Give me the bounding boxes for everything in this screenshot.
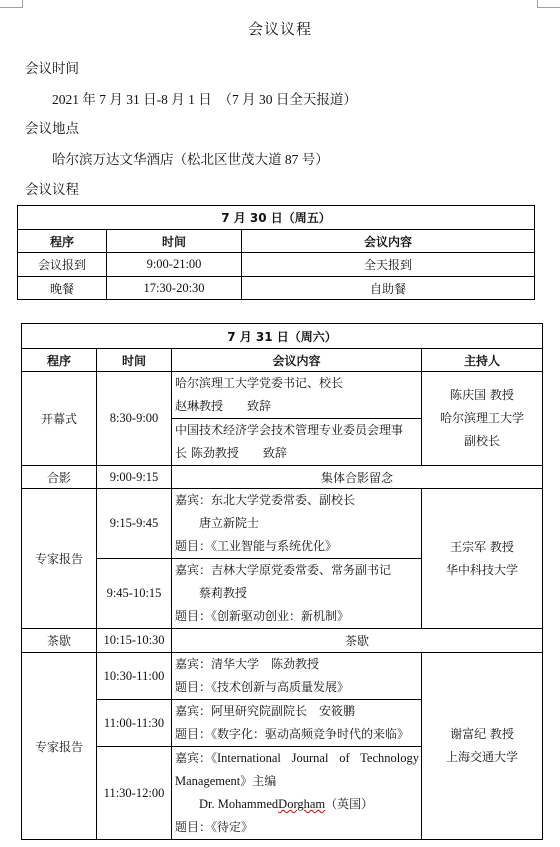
host-cell: 陈庆国 教授 哈尔滨理工大学 副校长: [422, 372, 543, 466]
column-header-content: 会议内容: [172, 349, 422, 372]
content-cell: 全天报到: [242, 253, 535, 277]
guest-name: 蔡莉教授: [175, 582, 421, 605]
table-row-tea-break: 茶歇 10:15-10:30 茶歇: [22, 629, 543, 653]
host-affiliation: 哈尔滨理工大学: [422, 407, 542, 430]
content-cell: 嘉宾：东北大学党委常委、副校长 唐立新院士 题目：《工业智能与系统优化》: [172, 489, 422, 559]
guest-name: Dr. MohammedDorgham（英国）: [175, 793, 419, 816]
journal-title-part1: International Journal of Technology: [217, 747, 419, 770]
host-position: 副校长: [422, 430, 542, 453]
program-cell: 专家报告: [22, 489, 97, 629]
speaker-name: 赵琳教授 致辞: [175, 395, 421, 418]
page-corner-mark-top-right: [537, 0, 560, 8]
table-row: 晚餐 17:30-20:30 自助餐: [18, 277, 535, 300]
page-corner-mark-top-left: [0, 0, 23, 8]
time-cell: 9:00-9:15: [97, 466, 172, 489]
day2-date-header: 7 月 31 日（周六）: [22, 324, 543, 349]
guest-line: 嘉宾：清华大学 陈劲教授: [175, 653, 421, 676]
program-cell: 会议报到: [18, 253, 107, 277]
topic-line: 题目：《工业智能与系统优化》: [175, 535, 421, 558]
host-name: 谢富纪 教授: [422, 723, 542, 746]
program-cell: 开幕式: [22, 372, 97, 466]
guest-line: 嘉宾：吉林大学原党委常委、常务副书记: [175, 559, 421, 582]
day2-column-headers: 程序 时间 会议内容 主持人: [22, 349, 543, 372]
host-cell: 谢富纪 教授 上海交通大学: [422, 653, 543, 840]
venue-heading: 会议地点: [25, 117, 79, 137]
guest-suffix: 》主编: [240, 774, 276, 788]
column-header-time: 时间: [97, 349, 172, 372]
column-header-time: 时间: [107, 230, 242, 253]
table-row-expert-talk: 专家报告 10:30-11:00 嘉宾：清华大学 陈劲教授 题目：《技术创新与高…: [22, 653, 543, 700]
time-cell: 8:30-9:00: [97, 372, 172, 466]
time-cell: 9:45-10:15: [97, 559, 172, 629]
speaker-name: 长 陈劲教授 致辞: [175, 442, 421, 465]
time-cell: 11:00-11:30: [97, 700, 172, 747]
host-cell: 王宗军 教授 华中科技大学: [422, 489, 543, 629]
content-cell: 集体合影留念: [172, 466, 543, 489]
guest-line: 嘉宾：东北大学党委常委、副校长: [175, 489, 421, 512]
program-cell: 合影: [22, 466, 97, 489]
topic-line: 题目：《数字化：驱动高频竞争时代的来临》: [175, 723, 421, 746]
guest-line: 嘉宾：阿里研究院副院长 安筱鹏: [175, 700, 421, 723]
topic-line: 题目：《技术创新与高质量发展》: [175, 676, 421, 699]
table-row-expert-talk: 专家报告 9:15-9:45 嘉宾：东北大学党委常委、副校长 唐立新院士 题目：…: [22, 489, 543, 559]
time-cell: 10:15-10:30: [97, 629, 172, 653]
content-cell: 自助餐: [242, 277, 535, 300]
column-header-program: 程序: [18, 230, 107, 253]
speaker-title: 哈尔滨理工大学党委书记、校长: [175, 372, 421, 395]
agenda-table-day2: 7 月 31 日（周六） 程序 时间 会议内容 主持人 开幕式 8:30-9:0…: [21, 323, 543, 840]
table-row-photo: 合影 9:00-9:15 集体合影留念: [22, 466, 543, 489]
content-cell: 中国技术经济学会技术管理专业委员会理事 长 陈劲教授 致辞: [172, 419, 422, 466]
content-cell: 嘉宾：《 International Journal of Technology…: [172, 747, 422, 840]
content-cell: 哈尔滨理工大学党委书记、校长 赵琳教授 致辞: [172, 372, 422, 419]
time-cell: 17:30-20:30: [107, 277, 242, 300]
program-cell: 茶歇: [22, 629, 97, 653]
column-header-content: 会议内容: [242, 230, 535, 253]
topic-line: 题目：《待定》: [175, 816, 419, 839]
agenda-table-day1: 7 月 30 日（周五） 程序 时间 会议内容 会议报到 9:00-21:00 …: [17, 205, 535, 300]
venue-value: 哈尔滨万达文华酒店（松北区世茂大道 87 号）: [52, 148, 329, 168]
spellcheck-underlined-word: Dorgham: [278, 797, 325, 811]
host-name: 陈庆国 教授: [422, 384, 542, 407]
host-affiliation: 华中科技大学: [422, 559, 542, 582]
column-header-host: 主持人: [422, 349, 543, 372]
day1-column-headers: 程序 时间 会议内容: [18, 230, 535, 253]
topic-line: 题目：《创新驱动创业：新机制》: [175, 605, 421, 628]
guest-line: 嘉宾：《 International Journal of Technology: [175, 747, 419, 770]
program-cell: 专家报告: [22, 653, 97, 840]
document-title: 会议议程: [0, 18, 560, 39]
content-cell: 嘉宾：清华大学 陈劲教授 题目：《技术创新与高质量发展》: [172, 653, 422, 700]
content-cell: 嘉宾：吉林大学原党委常委、常务副书记 蔡莉教授 题目：《创新驱动创业：新机制》: [172, 559, 422, 629]
program-cell: 晚餐: [18, 277, 107, 300]
host-affiliation: 上海交通大学: [422, 746, 542, 769]
journal-title-part2: Management: [175, 774, 240, 788]
speaker-title: 中国技术经济学会技术管理专业委员会理事: [175, 419, 421, 442]
time-cell: 9:15-9:45: [97, 489, 172, 559]
column-header-program: 程序: [22, 349, 97, 372]
content-cell: 嘉宾：阿里研究院副院长 安筱鹏 题目：《数字化：驱动高频竞争时代的来临》: [172, 700, 422, 747]
guest-line-2: Management》主编: [175, 770, 419, 793]
agenda-heading: 会议议程: [25, 178, 79, 198]
time-cell: 9:00-21:00: [107, 253, 242, 277]
table-row-opening: 开幕式 8:30-9:00 哈尔滨理工大学党委书记、校长 赵琳教授 致辞 陈庆国…: [22, 372, 543, 419]
table-row: 会议报到 9:00-21:00 全天报到: [18, 253, 535, 277]
time-cell: 11:30-12:00: [97, 747, 172, 840]
day1-date-header: 7 月 30 日（周五）: [18, 206, 535, 230]
guest-name: 唐立新院士: [175, 512, 421, 535]
guest-prefix: 嘉宾：《: [175, 747, 217, 770]
host-name: 王宗军 教授: [422, 536, 542, 559]
time-cell: 10:30-11:00: [97, 653, 172, 700]
content-cell: 茶歇: [172, 629, 543, 653]
time-heading: 会议时间: [25, 57, 79, 77]
time-value: 2021 年 7 月 31 日-8 月 1 日 （7 月 30 日全天报道）: [52, 88, 357, 108]
